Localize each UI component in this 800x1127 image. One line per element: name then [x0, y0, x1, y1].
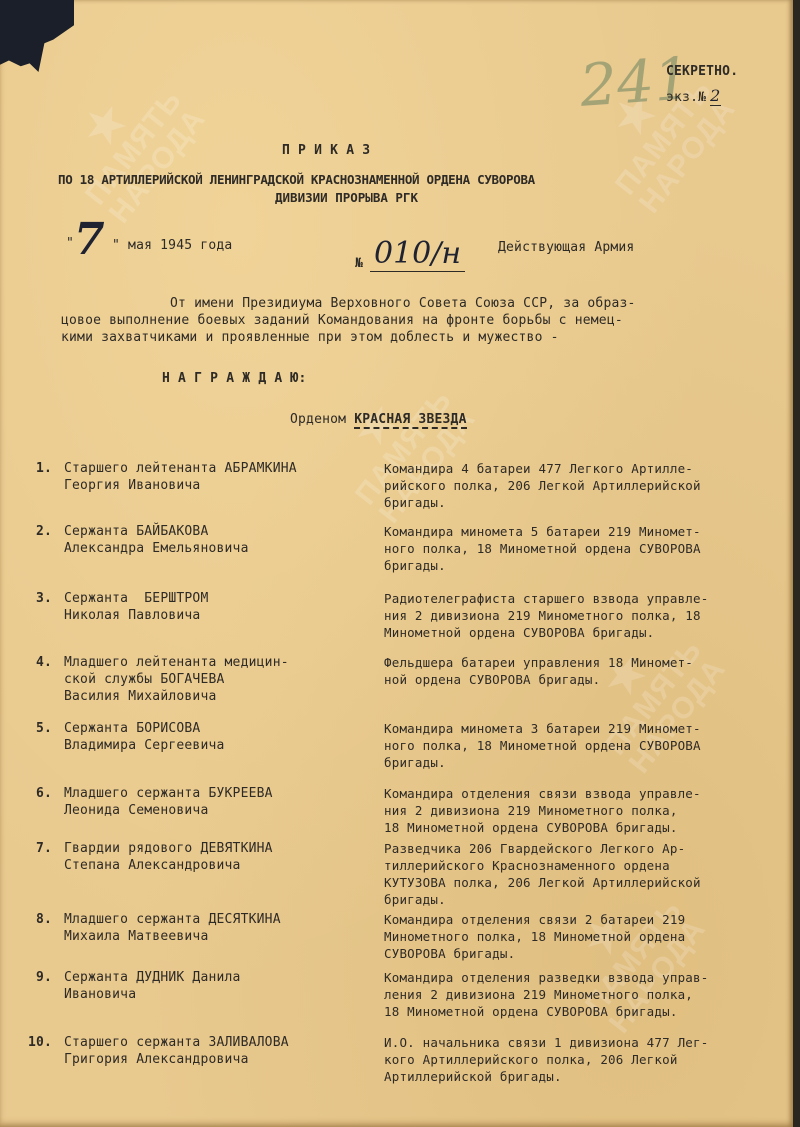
- entry-position-line: СУВОРОВА бригады.: [384, 946, 515, 961]
- entry-position-line: Радиотелеграфиста старшего взвода управл…: [384, 591, 708, 606]
- number-label: №: [355, 256, 363, 271]
- entry-name-line: Сержанта ДУДНИК Данила: [64, 970, 241, 985]
- copy-label: экз.№2: [666, 86, 721, 105]
- entry-number: 1.: [36, 461, 52, 476]
- entry-number: 8.: [36, 912, 52, 927]
- secret-label: СЕКРЕТНО.: [666, 64, 738, 79]
- entry-position-line: бригады.: [384, 558, 446, 573]
- entry-name-line: Младшего сержанта БУКРЕЕВА: [64, 786, 273, 801]
- entry-name-line: Георгия Ивановича: [64, 478, 200, 493]
- preamble-line-3: кими захватчиками и проявленные при этом…: [61, 330, 559, 345]
- entry-number: 7.: [36, 841, 52, 856]
- entry-position-line: бригады.: [384, 892, 446, 907]
- entry-position-line: рийского полка, 206 Легкой Артиллерийско…: [384, 478, 701, 493]
- title-line-2: ДИВИЗИИ ПРОРЫВА РГК: [275, 190, 418, 205]
- entry-number: 9.: [36, 970, 52, 985]
- entry-position-line: Командира миномета 3 батареи 219 Миномет…: [384, 721, 701, 736]
- location: Действующая Армия: [498, 240, 634, 255]
- entry-name-line: Сержанта БОРИСОВА: [64, 721, 200, 736]
- entry-name-line: Сержанта БАЙБАКОВА: [64, 524, 208, 539]
- entry-number: 10.: [28, 1035, 52, 1050]
- entry-position-line: Командира миномета 5 батареи 219 Миномет…: [384, 524, 701, 539]
- entry-number: 5.: [36, 721, 52, 736]
- entry-position-line: Командира отделения разведки взвода упра…: [384, 970, 708, 985]
- title-line-1: ПО 18 АРТИЛЛЕРИЙСКОЙ ЛЕНИНГРАДСКОЙ КРАСН…: [58, 172, 535, 187]
- entry-position-line: Разведчика 206 Гвардейского Легкого Ар-: [384, 841, 685, 856]
- entry-number: 4.: [36, 655, 52, 670]
- entry-name-line: Александра Емельяновича: [64, 541, 249, 556]
- entry-position-line: ной ордена СУВОРОВА бригады.: [384, 672, 600, 687]
- entry-position-line: Минометного полка, 18 Минометной ордена: [384, 929, 685, 944]
- entry-position-line: 18 Минометной ордена СУВОРОВА бригады.: [384, 820, 678, 835]
- entry-name-line: Михаила Матвеевича: [64, 929, 208, 944]
- award-verb: Н А Г Р А Ж Д А Ю:: [162, 371, 306, 386]
- entry-name-line: Гвардии рядового ДЕВЯТКИНА: [64, 841, 273, 856]
- entry-name-line: Младшего сержанта ДЕСЯТКИНА: [64, 912, 281, 927]
- entry-position-line: кого Артиллерийского полка, 206 Легкой: [384, 1052, 678, 1067]
- entry-position-line: ного полка, 18 Минометной ордена СУВОРОВ…: [384, 738, 701, 753]
- entry-name-line: Владимира Сергеевича: [64, 738, 225, 753]
- preamble-line-2: цовое выполнение боевых заданий Командов…: [61, 313, 623, 328]
- entry-position-line: бригады.: [384, 495, 446, 510]
- entry-position-line: КУТУЗОВА полка, 206 Легкой Артиллерийско…: [384, 875, 701, 890]
- entry-position-line: ного полка, 18 Минометной ордена СУВОРОВ…: [384, 541, 701, 556]
- entry-number: 2.: [36, 524, 52, 539]
- entry-number: 6.: [36, 786, 52, 801]
- order-name: КРАСНАЯ ЗВЕЗДА: [354, 412, 466, 429]
- entry-position-line: ния 2 дивизиона 219 Минометного полка,: [384, 803, 678, 818]
- entry-position-line: бригады.: [384, 755, 446, 770]
- entry-name-line: Леонида Семеновича: [64, 803, 208, 818]
- entry-name-line: Николая Павловича: [64, 608, 200, 623]
- entry-name-line: Старшего лейтенанта АБРАМКИНА: [64, 461, 297, 476]
- watermark: ★ ПАМЯТЬ НАРОДА: [44, 57, 211, 229]
- torn-corner: [0, 0, 74, 72]
- entry-position-line: 18 Минометной ордена СУВОРОВА бригады.: [384, 1004, 678, 1019]
- document-heading: П Р И К А З: [282, 143, 370, 158]
- entry-name-line: ской службы БОГАЧЕВА: [64, 672, 225, 687]
- entry-position-line: ния 2 дивизиона 219 Минометного полка, 1…: [384, 608, 701, 623]
- entry-position-line: Командира отделения связи 2 батареи 219: [384, 912, 685, 927]
- entry-position-line: Фельдшера батареи управления 18 Миномет-: [384, 655, 693, 670]
- entry-name-line: Ивановича: [64, 987, 136, 1002]
- entry-name-line: Старшего сержанта ЗАЛИВАЛОВА: [64, 1035, 289, 1050]
- copy-number: 2: [710, 86, 720, 106]
- entry-position-line: Командира отделения связи взвода управле…: [384, 786, 701, 801]
- entry-name-line: Младшего лейтенанта медицин-: [64, 655, 289, 670]
- entry-position-line: Командира 4 батареи 477 Легкого Артилле-: [384, 461, 693, 476]
- pencil-mark: 241: [578, 44, 693, 120]
- order-award-line: Орденом КРАСНАЯ ЗВЕЗДА: [290, 412, 467, 427]
- document-page: ★ ПАМЯТЬ НАРОДА ★ ПАМЯТЬ НАРОДА ★ ПАМЯТЬ…: [0, 0, 793, 1127]
- entry-name-line: Василия Михайловича: [64, 689, 217, 704]
- entry-position-line: Минометной ордена СУВОРОВА бригады.: [384, 625, 654, 640]
- day-handwritten: 7: [74, 214, 105, 265]
- preamble-line-1: От имени Президиума Верховного Совета Со…: [170, 296, 636, 311]
- order-number: 010/н: [370, 236, 465, 272]
- entry-position-line: ления 2 дивизиона 219 Минометного полка,: [384, 987, 693, 1002]
- entry-position-line: Артиллерийской бригады.: [384, 1069, 562, 1084]
- entry-name-line: Степана Александровича: [64, 858, 241, 873]
- date-text: " мая 1945 года: [112, 238, 232, 253]
- open-quote: ": [66, 236, 74, 251]
- entry-name-line: Сержанта БЕРШТРОМ: [64, 591, 208, 606]
- entry-number: 3.: [36, 591, 52, 606]
- entry-name-line: Григория Александровича: [64, 1052, 249, 1067]
- entry-position-line: тиллерийского Краснознаменного ордена: [384, 858, 670, 873]
- entry-position-line: И.О. начальника связи 1 дивизиона 477 Ле…: [384, 1035, 708, 1050]
